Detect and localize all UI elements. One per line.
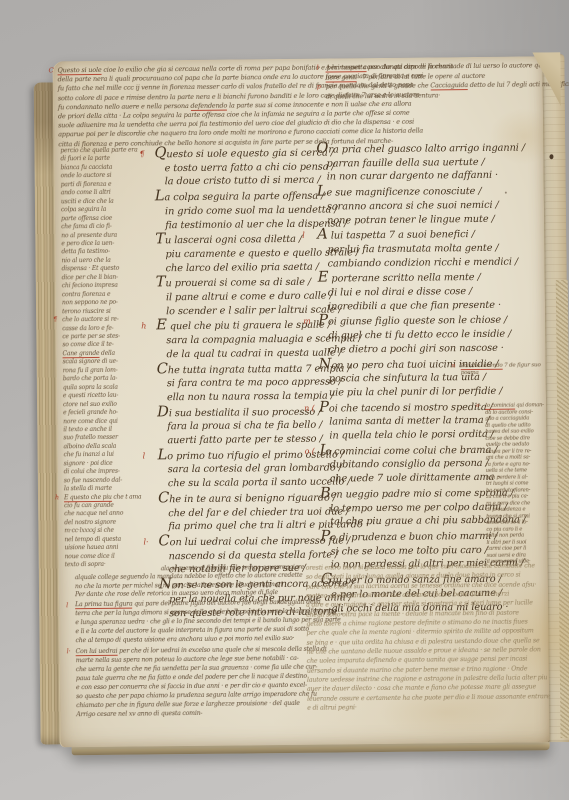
rubric-mark: l· bbox=[143, 535, 148, 549]
rubricated-lead: E questo che piu bbox=[64, 493, 112, 501]
text-line: che al tempo di questa uisione era ancho… bbox=[75, 634, 311, 645]
line-text: parran fauille della sua uertute / bbox=[326, 157, 484, 170]
line-text: che uede 7 uole dirittamente ama · bbox=[330, 472, 501, 485]
line-text: ha perduto fioren- bbox=[486, 487, 530, 493]
line-text: tri luoghi si come bbox=[486, 480, 528, 486]
line-text: non perdere li al- bbox=[486, 474, 528, 480]
ink-speck bbox=[549, 154, 553, 159]
ink-speck bbox=[505, 192, 507, 194]
line-text: li altri per li suoi bbox=[486, 539, 526, 545]
line-text: si che se loco me tolto piu caro / bbox=[331, 545, 488, 558]
line-text: La colpa seguira la parte offensa / bbox=[155, 191, 325, 204]
line-text: so come dice il te- bbox=[62, 341, 113, 349]
text-line: poema bbox=[461, 369, 557, 377]
line-text: · 7 per dire di lui tutte le opere al au… bbox=[357, 71, 485, 80]
line-text: onde lo auctore si bbox=[61, 172, 112, 180]
line-text: cioe se debbe dire bbox=[485, 435, 530, 441]
line-text: del nostro signore bbox=[64, 519, 116, 527]
line-text: e pero dice la uen- bbox=[61, 240, 114, 248]
line-text: contra fiorenza e bbox=[62, 291, 111, 299]
rubricated-lead: Cacciaguida bbox=[430, 81, 468, 90]
line-text: so fue nascendo dal- bbox=[64, 476, 122, 484]
verse-column-right: Ora pria chel guasco lalto arrigo ingann… bbox=[316, 140, 505, 616]
line-text: lo scender e l salir per laltrui scale / bbox=[166, 304, 342, 317]
line-text: dispensa · Et questo bbox=[62, 265, 120, 273]
line-text: in non curar dargento ne daffanni · bbox=[327, 170, 498, 183]
line-text: hauea del suo exilio bbox=[485, 428, 533, 435]
rubricated-lead: uere genti bbox=[326, 73, 357, 82]
line-text: che fu inanzi a lui bbox=[64, 451, 114, 459]
line-text: la stella di marte bbox=[64, 485, 112, 493]
text-line: Tu lascerai ogni cosa diletta / bbox=[155, 231, 319, 248]
text-line: Tu prouerai si come sa di sale / bbox=[156, 274, 320, 291]
rubric-mark: l bbox=[143, 449, 146, 463]
line-text: ala seguente el fine piu uile tempo ague… bbox=[161, 564, 304, 573]
rubric-mark: n bbox=[452, 363, 456, 370]
line-text: percio che quella parte era bbox=[60, 147, 137, 155]
text-line: o (Io cominciai come colui che brama / bbox=[319, 441, 503, 459]
line-text: nio al uero che la bbox=[61, 257, 110, 265]
text-line: mPoi giunse figlio queste son le chiose … bbox=[318, 312, 502, 330]
line-text: Le sue magnificenze conosciute / bbox=[317, 186, 482, 199]
line-text: si fara contra te ma poco appresso / bbox=[167, 377, 342, 390]
line-text: ctore nel suo exilio bbox=[63, 400, 117, 408]
text-line: l·Con lui uedrai colui che impresso fue … bbox=[158, 533, 322, 550]
rubric-mark: h bbox=[55, 494, 59, 502]
line-text: usciti e dice che la bbox=[61, 197, 114, 205]
text-line: Le sue magnificenze conosciute / bbox=[317, 183, 501, 201]
open-book: CQuesto si uole cioe lo exilio che gia s… bbox=[0, 0, 569, 800]
line-text: ra e pero dice che bbox=[486, 500, 530, 506]
line-text: di prouedenza e bbox=[486, 506, 525, 512]
line-text: de la qual tu cadrai in questa ualle / bbox=[166, 347, 341, 360]
line-text: Lo primo tuo rifugio el primo ostello / bbox=[158, 449, 344, 462]
rubric-mark: l bbox=[302, 229, 305, 243]
text-line: Di sua bestialita il suo processo / bbox=[157, 403, 321, 420]
line-text: rona fu il gran lom- bbox=[63, 367, 118, 375]
bottom-commentary-b: lLa prima tua figura qui pare del padre … bbox=[75, 599, 311, 646]
line-text: fu condannato nello auere e nella person… bbox=[58, 102, 191, 111]
line-text: signore · poi dice bbox=[64, 460, 113, 468]
line-text: poema bbox=[461, 370, 479, 376]
line-text: Ben ueggio padre mio si come sprona / bbox=[320, 487, 514, 500]
rubric-mark: o bbox=[476, 403, 479, 410]
line-text: da lo auctore consi- bbox=[485, 409, 533, 415]
line-text: cambiando condizion ricchi e mendici / bbox=[328, 256, 519, 269]
line-text: Tu prouerai si come sa di sale / bbox=[156, 277, 311, 290]
line-text: parti di fiorenza e bbox=[61, 181, 112, 189]
line-text: incredibili a que che fian presente · bbox=[328, 299, 501, 312]
line-text: Arrigo cesare nel xv anno di questa comi… bbox=[76, 710, 202, 718]
line-text: che larco del exilio pria saetta / bbox=[166, 261, 319, 274]
line-text: A lui taspetta 7 a suoi benefici / bbox=[317, 229, 475, 242]
left-margin-gloss-column: percio che quella parte era di fuori e l… bbox=[60, 146, 158, 570]
line-text: detta fia testimo- bbox=[61, 248, 110, 256]
line-text: di colui che impres- bbox=[64, 468, 120, 476]
line-text: auerti fatto parte per te stesso / bbox=[167, 434, 322, 447]
line-text: nascendo si da questa stella forte / bbox=[169, 549, 339, 562]
line-text: Po di prudenza e buon chio marmi / bbox=[320, 531, 497, 544]
line-text: nore come dice qui bbox=[63, 417, 118, 425]
line-text: none potran tener le lingue mute / bbox=[327, 213, 495, 226]
rubric-mark: l bbox=[66, 601, 68, 610]
rubric-mark: l· bbox=[316, 64, 320, 74]
line-text: ce parte per se stes- bbox=[62, 333, 120, 341]
line-text: suoi uersi e dira bbox=[487, 552, 526, 558]
line-text: 7 de figur suo bbox=[502, 362, 540, 368]
text-line: Che tutta ingrata tutta matta 7 empia / bbox=[157, 360, 321, 377]
text-line: La colpa seguira la parte offensa / bbox=[155, 188, 319, 205]
manuscript-page: CQuesto si uole cioe lo exilio che gia s… bbox=[52, 56, 549, 747]
rubric-mark: p bbox=[317, 83, 321, 93]
line-text: per che qui dira de la charitade di lui … bbox=[366, 61, 554, 71]
bottom-commentary-right: oresti entro bis e si guasta delusa per … bbox=[306, 561, 558, 713]
line-text: Per dante che rose delle retorica in aue… bbox=[75, 589, 278, 598]
bottom-commentary-c: l·Con lui uedrai per che di lor uedrai i… bbox=[76, 645, 313, 719]
line-text: fara la proua si cha te fia bello / bbox=[167, 420, 322, 433]
line-text: ra forte e agra no- bbox=[486, 461, 530, 467]
line-text: lo tempo uerso me per colpo darmi / bbox=[330, 501, 507, 514]
text-line: Ben ueggio padre mio si come sprona / bbox=[320, 485, 504, 503]
line-text: uella si che teme bbox=[486, 467, 527, 473]
line-text: il texto e anche il bbox=[63, 426, 112, 434]
line-text: e tosto uerra fatto a chi cio pensa / bbox=[165, 161, 335, 174]
line-text: che dietro a pochi giri son nascose · bbox=[328, 343, 503, 356]
text-line: Ora pria chel guasco lalto arrigo ingann… bbox=[316, 140, 500, 158]
line-text: Ora pria chel guasco lalto arrigo ingann… bbox=[316, 142, 525, 155]
line-text: dubitando consiglio da persona / bbox=[330, 458, 489, 471]
line-text: che nacque nel anno bbox=[64, 510, 123, 518]
line-text: che t ama bbox=[112, 493, 142, 500]
text-line: Che in te aura si benigno riguardo / bbox=[158, 489, 322, 506]
line-text: e questi ricetto lau- bbox=[63, 392, 118, 400]
line-text: nel tempo di questa bbox=[64, 536, 121, 544]
line-text: di quelli che lui uedra in sua uentura· bbox=[326, 91, 440, 100]
rubric-mark: o ( bbox=[304, 444, 314, 458]
line-text: Che in te aura si benigno riguardo / bbox=[158, 492, 336, 505]
line-text: scala signore di ue- bbox=[63, 358, 118, 366]
line-text: e li e la corte del auctore la quale int… bbox=[75, 625, 309, 634]
line-text: accio che se il lo- bbox=[486, 519, 527, 525]
line-text: no al presente dura bbox=[61, 231, 117, 239]
rubricated-lead: A lui taspetta bbox=[325, 63, 366, 72]
line-text: e fecieli grande ho- bbox=[63, 409, 118, 417]
line-text: e lunga speranza uedra · che gli e lo fi… bbox=[75, 616, 340, 626]
rubricated-lead: defendendo bbox=[190, 101, 227, 110]
line-text: saranno ancora si che suoi nemici / bbox=[327, 200, 499, 213]
text-line: di quelli che lui uedra in sua uentura· bbox=[326, 90, 569, 102]
line-text: dice per che li bian- bbox=[62, 274, 118, 282]
line-text: in quella tela chio le porsi ordita / bbox=[329, 429, 494, 442]
verse-column-left: ¶Questo si uole equesto gia si cerca / e… bbox=[154, 145, 323, 621]
line-text: Poi che tacendo si mostro spedita / bbox=[319, 401, 493, 414]
line-text: per quello che genti e grande che bbox=[326, 82, 431, 91]
line-text: Io cominciai come colui che brama / bbox=[319, 445, 497, 458]
line-text: cio fu can grande bbox=[64, 502, 114, 510]
line-text: di lui e nol dirai e disse cose / bbox=[328, 286, 472, 299]
line-text: co piu caro li e bbox=[486, 526, 522, 532]
text-line: lLo primo tuo rifugio el primo ostello / bbox=[157, 446, 321, 463]
manuscript-photo: CQuesto si uole cioe lo exilio che gia s… bbox=[0, 0, 569, 800]
line-text: qui pare del padre figlio del auctore fu… bbox=[132, 599, 320, 608]
right-margin-gloss-o: oIo cominciai qui doman- da lo auctore c… bbox=[485, 402, 567, 565]
line-text: in grido come suol ma la uendetta / bbox=[165, 204, 338, 217]
rubricated-lead: Questo si uole bbox=[57, 66, 101, 75]
line-text: gni che a molti sa- bbox=[486, 454, 531, 460]
text-line: ¶Questo si uole equesto gia si cerca / bbox=[154, 145, 318, 162]
line-text: sara la cortesia del gran lombardo / bbox=[168, 463, 342, 476]
line-text: ando come li altri bbox=[61, 189, 111, 197]
rubric-mark: ¶ bbox=[53, 316, 57, 324]
line-text: che al tempo di questa uisione era ancho… bbox=[75, 635, 294, 644]
line-text: chi feciono impresa bbox=[62, 282, 118, 290]
line-text: terra che per la lunga dimora si spense … bbox=[75, 607, 332, 617]
rubric-mark: n ( bbox=[304, 401, 315, 415]
rubric-mark: l· bbox=[67, 647, 71, 656]
line-text: Poi giunse figlio queste son le chiose / bbox=[318, 315, 507, 328]
line-text: buono che si armi bbox=[486, 513, 530, 519]
text-line: Arrigo cesare nel xv anno di questa comi… bbox=[76, 708, 312, 719]
line-text: suo fratello messer bbox=[63, 434, 118, 442]
line-text: Di sua bestialita il suo processo / bbox=[157, 406, 321, 419]
line-text: e di altrui pegni· bbox=[307, 704, 356, 712]
line-text: casse da loro e fe- bbox=[62, 324, 113, 332]
line-text: qui doman- bbox=[515, 402, 544, 408]
line-text: di quel che ti fu detto ecco le insidie … bbox=[328, 329, 511, 342]
line-text: uisione hauea anni bbox=[65, 544, 119, 552]
top-right-gloss-block: l·A lui taspetta per che qui dira de la … bbox=[325, 61, 569, 102]
rubric-mark: C bbox=[48, 66, 53, 75]
text-line: hE quel che piu ti grauera le spalle / bbox=[156, 317, 320, 334]
text-line: e di altrui pegni· bbox=[307, 701, 557, 713]
line-text: alboino della scala bbox=[63, 443, 116, 451]
line-text: za che li e piu ca- bbox=[486, 493, 528, 499]
line-text: E porterane scritto nella mente / bbox=[318, 272, 481, 285]
line-text: glio a cacciaguida bbox=[485, 415, 529, 421]
line-text: quila sopra la scala bbox=[63, 383, 118, 391]
line-text: quello che ueduto bbox=[485, 441, 529, 447]
line-text: bardo che porta la- bbox=[63, 375, 117, 383]
line-text: colpa seguira la bbox=[61, 206, 106, 213]
line-text: che lo auctore si re- bbox=[62, 316, 119, 324]
rubric-mark: h bbox=[141, 320, 146, 334]
line-text: hauea per li tre re- bbox=[486, 448, 532, 454]
line-text: uie piu la chel punir di lor perfidie / bbox=[329, 386, 503, 399]
line-text: tolto non perda bbox=[486, 533, 524, 539]
line-text: Questo si uole equesto gia si cerca / bbox=[154, 147, 334, 160]
line-text: bianca fu cacciata bbox=[61, 164, 113, 172]
rubricated-lead: La prima tua figura bbox=[75, 601, 132, 610]
line-text: la doue cristo tutto di si merca / bbox=[165, 175, 321, 188]
line-text: di fuori e la parte bbox=[60, 155, 109, 163]
rubricated-lead: Cane grande bbox=[62, 350, 99, 358]
line-text: Tu lascerai ogni cosa diletta / bbox=[155, 234, 302, 247]
line-text: m·cc·lxxxxj si che bbox=[64, 527, 114, 535]
line-text: parte offensa cioe bbox=[61, 214, 112, 222]
line-text: di quello che udito bbox=[485, 422, 530, 428]
rubric-mark: ¶ bbox=[139, 147, 144, 161]
line-text: il pane altrui e come e duro calle / bbox=[166, 291, 333, 304]
right-margin-gloss-n: nPoi che tacendo 7 de figur suo poema bbox=[461, 362, 557, 377]
line-text: della bbox=[99, 350, 115, 357]
line-text: carmi cioe per li bbox=[487, 545, 527, 551]
bottom-commentary-a: ala seguente el fine piu uile tempo ague… bbox=[75, 564, 311, 600]
rubric-mark: m bbox=[303, 315, 311, 329]
line-text: terono riuscire si bbox=[62, 307, 111, 315]
line-text: non seppono ne po- bbox=[62, 299, 118, 307]
line-text: che fama di cio fi- bbox=[61, 223, 112, 231]
line-text: per lui fia trasmutata molta gente / bbox=[327, 243, 498, 256]
line-text: lanima santa di metter la trama / bbox=[329, 415, 490, 428]
line-text: noue come dice il bbox=[65, 553, 115, 561]
